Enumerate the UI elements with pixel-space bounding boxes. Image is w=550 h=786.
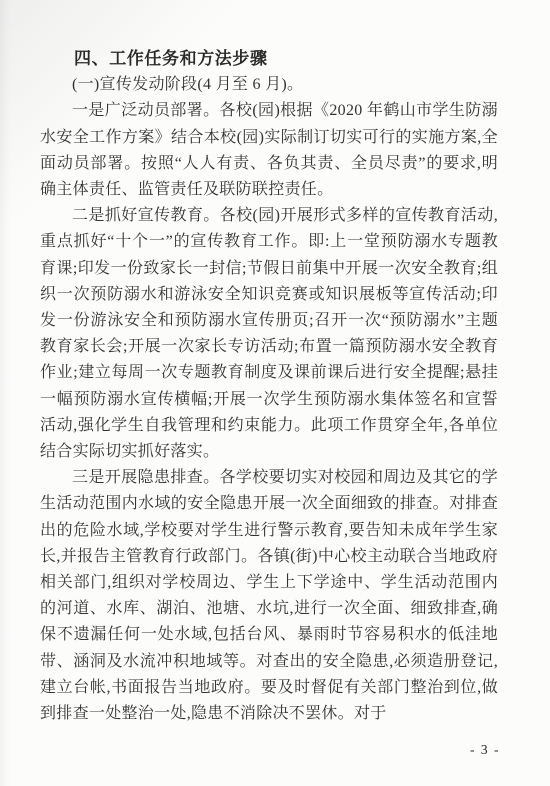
scanned-document-page: 四、工作任务和方法步骤 (一)宣传发动阶段(4 月至 6 月)。 一是广泛动员部… bbox=[0, 0, 550, 786]
paragraph-mobilization: 一是广泛动员部署。各校(园)根据《2020 年鹤山市学生防溺水安全工作方案》结合… bbox=[40, 98, 498, 203]
section-heading: 四、工作任务和方法步骤 bbox=[40, 46, 498, 72]
paragraph-stage-title: (一)宣传发动阶段(4 月至 6 月)。 bbox=[40, 72, 498, 98]
paragraph-hazard-inspection: 三是开展隐患排查。各学校要切实对校园和周边及其它的学生活动范围内水域的安全隐患开… bbox=[40, 465, 498, 727]
document-body: 四、工作任务和方法步骤 (一)宣传发动阶段(4 月至 6 月)。 一是广泛动员部… bbox=[40, 46, 498, 727]
paragraph-publicity-education: 二是抓好宣传教育。各校(园)开展形式多样的宣传教育活动,重点抓好“十个一”的宣传… bbox=[40, 203, 498, 465]
page-number: - 3 - bbox=[470, 742, 500, 758]
